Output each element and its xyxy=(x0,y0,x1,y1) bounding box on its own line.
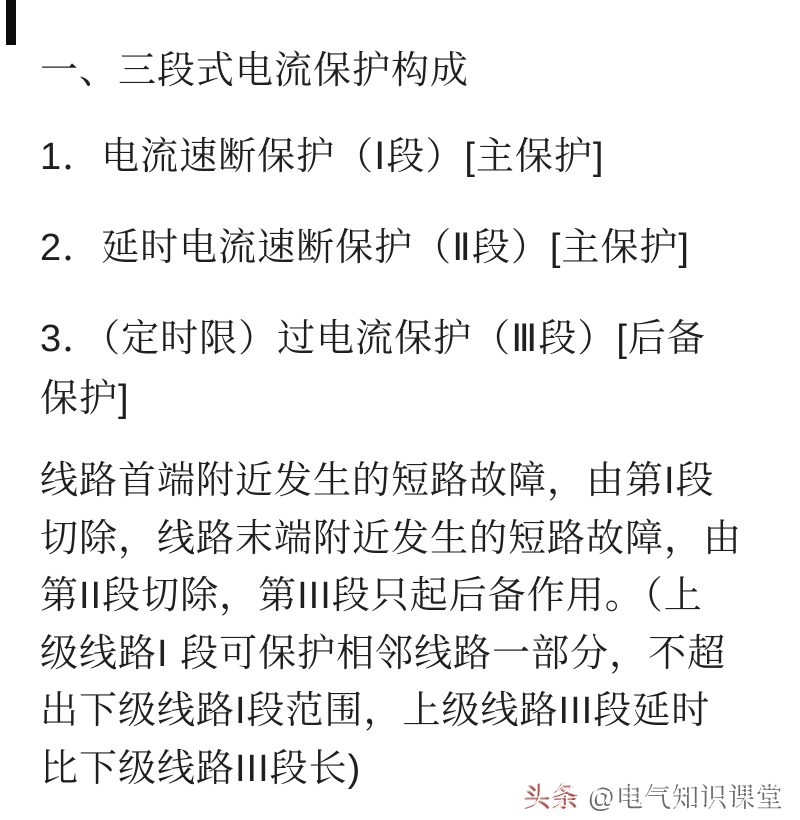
page-title: 一、三段式电流保护构成 xyxy=(40,42,469,100)
watermark-handle: @电气知识课堂 xyxy=(581,781,786,811)
body-paragraph: 线路首端附近发生的短路故障，由第I段 切除，线路末端附近发生的短路故障，由 第I… xyxy=(40,453,742,799)
paragraph-line: 出下级线路I段范围，上级线路III段延时 xyxy=(40,683,742,741)
watermark: 头条 @电气知识课堂 xyxy=(525,774,786,813)
list-item-3-line-2: 保护] xyxy=(40,369,706,429)
paragraph-line: 线路首端附近发生的短路故障，由第I段 xyxy=(40,453,742,511)
list-item-1-line: 1．电流速断保护（Ⅰ段）[主保护] xyxy=(40,128,604,186)
list-item-3-line-1: 3．（定时限）过电流保护（Ⅲ段）[后备 xyxy=(40,309,706,369)
list-item-2: 2．延时电流速断保护（Ⅱ段）[主保护] xyxy=(40,219,690,277)
list-item-2-line: 2．延时电流速断保护（Ⅱ段）[主保护] xyxy=(40,219,690,277)
list-item-3: 3．（定时限）过电流保护（Ⅲ段）[后备 保护] xyxy=(40,309,706,429)
top-left-corner-mark xyxy=(6,0,16,45)
paragraph-line: 第II段切除，第III段只起后备作用。（上 xyxy=(40,568,742,626)
paragraph-line: 级线路I 段可保护相邻线路一部分，不超 xyxy=(40,626,742,684)
watermark-brand-toutiao: 头条 xyxy=(525,781,581,811)
paragraph-line: 切除，线路末端附近发生的短路故障，由 xyxy=(40,511,742,569)
list-item-1: 1．电流速断保护（Ⅰ段）[主保护] xyxy=(40,128,604,186)
